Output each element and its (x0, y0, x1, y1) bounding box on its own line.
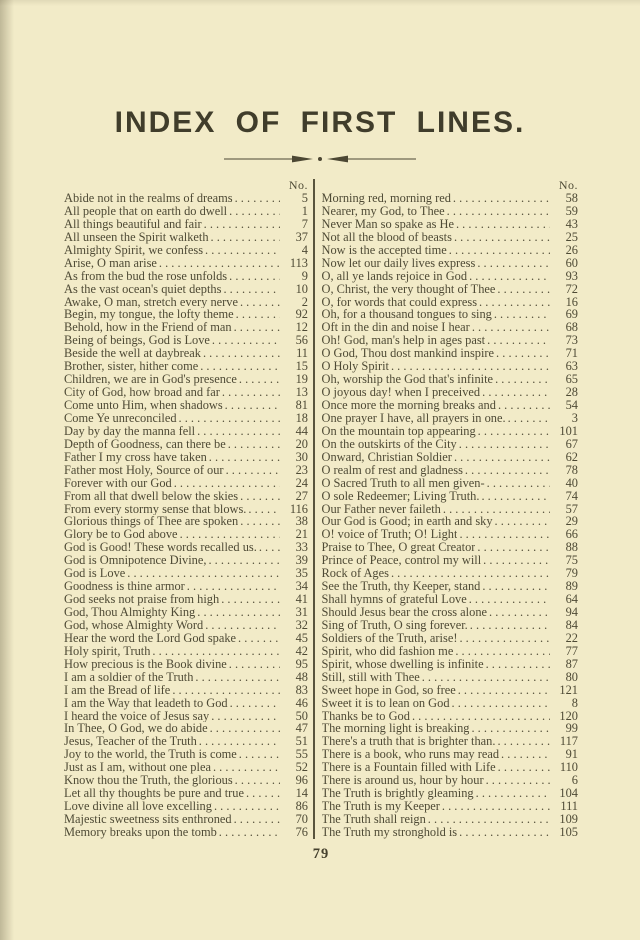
first-line-text: Beside the well at daybreak (64, 347, 201, 360)
index-entry: There's a truth that is brighter than.11… (322, 735, 579, 748)
hymn-number: 5 (282, 192, 308, 205)
first-line-text: Come unto Him, when shadows (64, 399, 223, 412)
number-column-header: No. (64, 179, 308, 192)
index-entry: Goodness is thine armor34 (64, 580, 308, 593)
first-line-text: Depth of Goodness, can there be (64, 438, 226, 451)
index-entry: See the Truth, thy Keeper, stand89 (322, 580, 579, 593)
index-entry: Oh, for a thousand tongues to sing69 (322, 308, 579, 321)
hymn-number: 60 (552, 257, 578, 270)
first-line-text: Glory be to God above (64, 528, 178, 541)
index-entry: Majestic sweetness sits enthroned70 (64, 813, 308, 826)
first-line-text: O! voice of Truth; O! Light (322, 528, 458, 541)
first-line-text: Spirit, who did fashion me (322, 645, 454, 658)
first-line-text: Praise to Thee, O great Creator (322, 541, 476, 554)
index-entry: Oft in the din and noise I hear68 (322, 321, 579, 334)
dot-leader (240, 515, 280, 528)
dot-leader (248, 503, 280, 516)
first-line-text: As the vast ocean's quiet depths (64, 283, 221, 296)
dot-leader (494, 308, 550, 321)
hymn-number: 1 (282, 205, 308, 218)
divider-ornament (0, 153, 640, 165)
hymn-number: 81 (282, 399, 308, 412)
dot-leader (228, 438, 280, 451)
hymn-number: 70 (282, 813, 308, 826)
first-line-text: Once more the morning breaks and (322, 399, 496, 412)
first-line-text: There is a Fountain filled with Life (322, 761, 496, 774)
hymn-number: 43 (552, 218, 578, 231)
first-line-text: There is a book, who runs may read (322, 748, 500, 761)
first-line-text: Children, we are in God's presence (64, 373, 237, 386)
hymn-number: 10 (282, 283, 308, 296)
dot-leader (179, 412, 280, 425)
dot-leader (159, 257, 280, 270)
index-entry: Not all the blood of beasts25 (322, 231, 579, 244)
hymn-number: 26 (552, 244, 578, 257)
first-line-text: On the mountain top appearing (322, 425, 476, 438)
first-line-text: Sweet it is to lean on God (322, 697, 450, 710)
dot-leader (454, 451, 550, 464)
dot-leader (452, 697, 550, 710)
hymn-number: 72 (552, 283, 578, 296)
index-entry: Children, we are in God's presence19 (64, 373, 308, 386)
dot-leader (212, 334, 280, 347)
first-line-text: One prayer I have, all prayers in one. (322, 412, 506, 425)
index-entry: Depth of Goodness, can there be20 (64, 438, 308, 451)
index-entry: On the outskirts of the City67 (322, 438, 579, 451)
hymn-number: 67 (552, 438, 578, 451)
dot-leader (205, 244, 280, 257)
first-line-text: God is Love (64, 567, 125, 580)
index-entry: There is a book, who runs may read91 (322, 748, 579, 761)
first-line-text: Awake, O man, stretch every nerve (64, 296, 238, 309)
index-entry: Sweet hope in God, so free121 (322, 684, 579, 697)
first-line-text: Memory breaks upon the tomb (64, 826, 217, 839)
hymn-number: 45 (282, 632, 308, 645)
first-line-text: Father I my cross have taken (64, 451, 207, 464)
dot-leader (459, 826, 550, 839)
hymn-number: 94 (552, 606, 578, 619)
index-entry: Beside the well at daybreak11 (64, 347, 308, 360)
first-line-text: Nearer, my God, to Thee (322, 205, 445, 218)
index-entry: Praise to Thee, O great Creator88 (322, 541, 579, 554)
hymn-number: 80 (552, 671, 578, 684)
index-entry: God is Love35 (64, 567, 308, 580)
dot-leader (180, 528, 280, 541)
first-line-text: All unseen the Spirit walketh (64, 231, 209, 244)
hymn-number: 40 (552, 477, 578, 490)
dot-leader (391, 567, 550, 580)
index-entry: Being of beings, God is Love56 (64, 334, 308, 347)
index-entry: O, for words that could express16 (322, 296, 579, 309)
index-entry: All things beautiful and fair7 (64, 218, 308, 231)
first-line-text: From every stormy sense that blows. (64, 503, 246, 516)
first-line-text: See the Truth, thy Keeper, stand (322, 580, 481, 593)
dot-leader (127, 567, 280, 580)
hymn-number: 7 (282, 218, 308, 231)
dot-leader (213, 761, 280, 774)
dot-leader (229, 270, 280, 283)
index-entry: O realm of rest and gladness78 (322, 464, 579, 477)
dot-leader (472, 321, 550, 334)
hymn-number: 27 (282, 490, 308, 503)
dot-leader (498, 399, 550, 412)
dot-leader (489, 606, 550, 619)
dot-leader (487, 477, 550, 490)
first-line-text: Soldiers of the Truth, arise! (322, 632, 458, 645)
first-line-text: O Sacred Truth to all men given- (322, 477, 485, 490)
dot-leader (208, 554, 280, 567)
hymn-number: 62 (552, 451, 578, 464)
dot-leader (422, 671, 550, 684)
first-line-text: Father most Holy, Source of our (64, 464, 224, 477)
index-entry: O God, Thou dost mankind inspire71 (322, 347, 579, 360)
dot-leader (239, 373, 280, 386)
number-column-header: No. (322, 179, 579, 192)
index-entry: Almighty Spirit, we confess4 (64, 244, 308, 257)
dot-leader (482, 386, 550, 399)
dot-leader (205, 619, 280, 632)
first-line-text: Forever with our God (64, 477, 172, 490)
first-line-text: Oft in the din and noise I hear (322, 321, 470, 334)
index-entry: Day by day the manna fell44 (64, 425, 308, 438)
page-gutter-shadow (0, 0, 14, 940)
index-entry: Should Jesus bear the cross alone94 (322, 606, 579, 619)
first-line-text: God, Thou Almighty King (64, 606, 195, 619)
dot-leader (200, 360, 280, 373)
first-line-text: God is Omnipotence Divine, (64, 554, 206, 567)
hymn-number: 95 (282, 658, 308, 671)
index-entry: One prayer I have, all prayers in one.3 (322, 412, 579, 425)
hymn-number: 77 (552, 645, 578, 658)
dot-leader (456, 218, 550, 231)
index-column-right: No. Morning red, morning red58Nearer, my… (322, 179, 579, 839)
dot-leader (214, 800, 280, 813)
dot-leader (476, 787, 550, 800)
index-entry: Hear the word the Lord God spake45 (64, 632, 308, 645)
index-entry: Memory breaks upon the tomb76 (64, 826, 308, 839)
dot-leader (210, 722, 280, 735)
index-entry: Joy to the world, the Truth is come55 (64, 748, 308, 761)
index-entry: I heard the voice of Jesus say50 (64, 710, 308, 723)
first-line-text: O, for words that could express (322, 296, 478, 309)
index-rows-left: Abide not in the realms of dreams5All pe… (64, 192, 308, 839)
index-entry: The Truth is brightly gleaming104 (322, 787, 579, 800)
dot-leader (152, 645, 280, 658)
first-line-text: Sweet hope in God, so free (322, 684, 456, 697)
dot-leader (477, 257, 550, 270)
hymn-number: 93 (552, 270, 578, 283)
divider-ornament-icon (222, 153, 418, 165)
first-line-text: The Truth is brightly gleaming (322, 787, 474, 800)
first-line-text: Arise, O man arise (64, 257, 157, 270)
dot-leader (469, 270, 550, 283)
dot-leader (498, 761, 550, 774)
index-entry: From all that dwell below the skies27 (64, 490, 308, 503)
first-line-text: Never Man so spake as He (322, 218, 454, 231)
dot-leader (442, 800, 550, 813)
first-line-text: From all that dwell below the skies (64, 490, 238, 503)
first-line-text: O joyous day! when I preceived (322, 386, 481, 399)
dot-leader (469, 593, 550, 606)
hymn-number: 42 (282, 645, 308, 658)
dot-leader (482, 580, 550, 593)
dot-leader (497, 735, 550, 748)
index-entry: Oh, worship the God that's infinite65 (322, 373, 579, 386)
first-line-text: Morning red, morning red (322, 192, 451, 205)
index-entry: Holy spirit, Truth42 (64, 645, 308, 658)
first-line-text: All things beautiful and fair (64, 218, 202, 231)
first-line-text: I am the Way that leadeth to God (64, 697, 228, 710)
first-line-text: O, Christ, the very thought of Thee (322, 283, 496, 296)
hymn-number: 8 (552, 697, 578, 710)
dot-leader (495, 373, 550, 386)
first-line-text: Still, still with Thee (322, 671, 420, 684)
hymn-number: 9 (282, 270, 308, 283)
dot-leader (236, 308, 280, 321)
hymn-number: 109 (552, 813, 578, 826)
index-entry: In Thee, O God, we do abide47 (64, 722, 308, 735)
first-line-text: As from the bud the rose unfolds (64, 270, 227, 283)
dot-leader (443, 503, 550, 516)
hymn-number: 44 (282, 425, 308, 438)
first-line-text: Oh, worship the God that's infinite (322, 373, 494, 386)
dot-leader (204, 218, 280, 231)
hymn-number: 76 (282, 826, 308, 839)
index-entry: O joyous day! when I preceived28 (322, 386, 579, 399)
hymn-number: 87 (552, 658, 578, 671)
first-line-text: Now let our daily lives express (322, 257, 476, 270)
hymn-number: 37 (282, 231, 308, 244)
first-line-text: Now is the accepted time (322, 244, 447, 257)
first-line-text: O realm of rest and gladness (322, 464, 463, 477)
dot-leader (211, 231, 280, 244)
dot-leader (470, 619, 550, 632)
index-entry: I am the Way that leadeth to God46 (64, 697, 308, 710)
index-entry: O! voice of Truth; O! Light66 (322, 528, 579, 541)
index-entry: God, whose Almighty Word32 (64, 619, 308, 632)
first-line-text: Onward, Christian Soldier (322, 451, 452, 464)
first-line-text: Day by day the manna fell (64, 425, 195, 438)
index-entry: Sing of Truth, O sing forever.84 (322, 619, 579, 632)
hymn-number: 59 (552, 205, 578, 218)
hymn-number: 32 (282, 619, 308, 632)
dot-leader (479, 296, 550, 309)
index-entry: Soldiers of the Truth, arise!22 (322, 632, 579, 645)
index-entry: Glorious things of Thee are spoken38 (64, 515, 308, 528)
index-entry: Once more the morning breaks and54 (322, 399, 579, 412)
first-line-text: On the outskirts of the City (322, 438, 457, 451)
first-line-text: Our Father never faileth (322, 503, 441, 516)
first-line-text: Rock of Ages (322, 567, 389, 580)
dot-leader (195, 671, 280, 684)
first-line-text: Thanks be to God (322, 710, 410, 723)
hymn-number: 58 (552, 192, 578, 205)
first-line-text: Majestic sweetness sits enthroned (64, 813, 232, 826)
first-line-text: How precious is the Book divine (64, 658, 227, 671)
dot-leader (454, 231, 550, 244)
dot-leader (239, 748, 280, 761)
dot-leader (187, 580, 280, 593)
first-line-text: Joy to the world, the Truth is come (64, 748, 237, 761)
first-line-text: Not all the blood of beasts (322, 231, 452, 244)
first-line-text: Know thou the Truth, the glorious (64, 774, 233, 787)
index-entry: Morning red, morning red58 (322, 192, 579, 205)
hymn-number: 25 (552, 231, 578, 244)
dot-leader (238, 632, 280, 645)
dot-leader (508, 412, 550, 425)
index-entry: Arise, O man arise113 (64, 257, 308, 270)
index-column-left: No. Abide not in the realms of dreams5Al… (64, 179, 308, 839)
index-entry: O, Christ, the very thought of Thee72 (322, 283, 579, 296)
dot-leader (495, 515, 550, 528)
hymn-number: 4 (282, 244, 308, 257)
first-line-text: Brother, sister, hither come (64, 360, 198, 373)
index-entry: Our God is Good; in earth and sky29 (322, 515, 579, 528)
index-entry: Spirit, whose dwelling is infinite87 (322, 658, 579, 671)
first-line-text: Sing of Truth, O sing forever. (322, 619, 468, 632)
hymn-number: 105 (552, 826, 578, 839)
dot-leader (197, 606, 280, 619)
hymn-number: 23 (282, 464, 308, 477)
first-line-text: Glorious things of Thee are spoken (64, 515, 238, 528)
hymn-number: 3 (552, 412, 578, 425)
index-entry: O Sacred Truth to all men given-40 (322, 477, 579, 490)
index-entry: God is Omnipotence Divine,39 (64, 554, 308, 567)
dot-leader (471, 722, 550, 735)
dot-leader (459, 528, 550, 541)
dot-leader (211, 710, 280, 723)
first-line-text: Come Ye unreconciled (64, 412, 177, 425)
dot-leader (172, 684, 280, 697)
index-entry: O sole Redeemer; Living Truth.74 (322, 490, 579, 503)
index-entry: The Truth shall reign109 (322, 813, 579, 826)
dot-leader (486, 658, 550, 671)
index-entry: O, all ye lands rejoice in God93 (322, 270, 579, 283)
dot-leader (222, 386, 280, 399)
index-entry: Thanks be to God120 (322, 710, 579, 723)
index-entry: Father I my cross have taken30 (64, 451, 308, 464)
first-line-text: Let all thy thoughts be pure and true (64, 787, 244, 800)
page-edge-shadow (0, 0, 640, 6)
dot-leader (487, 334, 550, 347)
page-title: INDEX OF FIRST LINES. (0, 106, 640, 140)
index-entry: Never Man so spake as He43 (322, 218, 579, 231)
first-line-text: I am the Bread of life (64, 684, 170, 697)
first-line-text: Hear the word the Lord God spake (64, 632, 236, 645)
dot-leader (219, 826, 280, 839)
first-line-text: There is around us, hour by hour (322, 774, 484, 787)
index-entry: City of God, how broad and far13 (64, 386, 308, 399)
first-line-text: Shall hymns of grateful Love (322, 593, 467, 606)
first-line-text: Just as I am, without one plea (64, 761, 211, 774)
index-entry: I am a soldier of the Truth48 (64, 671, 308, 684)
index-entry: Glory be to God above21 (64, 528, 308, 541)
index-entry: From every stormy sense that blows.116 (64, 503, 308, 516)
dot-leader (199, 735, 280, 748)
dot-leader (449, 244, 550, 257)
dot-leader (235, 192, 280, 205)
hymn-number: 48 (282, 671, 308, 684)
index-entry: God is Good! These words recalled us.33 (64, 541, 308, 554)
first-line-text: O God, Thou dost mankind inspire (322, 347, 495, 360)
dot-leader (455, 645, 550, 658)
first-line-text: O sole Redeemer; Living Truth. (322, 490, 480, 503)
dot-leader (174, 477, 280, 490)
first-line-text: Prince of Peace, control my will (322, 554, 482, 567)
dot-leader (246, 787, 280, 800)
index-entry: Shall hymns of grateful Love64 (322, 593, 579, 606)
index-entry: Know thou the Truth, the glorious96 (64, 774, 308, 787)
hymn-number: 121 (552, 684, 578, 697)
index-entry: There is around us, hour by hour6 (322, 774, 579, 787)
index-entry: The morning light is breaking99 (322, 722, 579, 735)
first-line-text: I am a soldier of the Truth (64, 671, 193, 684)
first-line-text: Jesus, Teacher of the Truth (64, 735, 197, 748)
index-entry: Love divine all love excelling86 (64, 800, 308, 813)
dot-leader (458, 684, 550, 697)
index-rows-right: Morning red, morning red58Nearer, my God… (322, 192, 579, 839)
first-line-text: I heard the voice of Jesus say (64, 710, 209, 723)
index-entry: Prince of Peace, control my will75 (322, 554, 579, 567)
index-entry: Spirit, who did fashion me77 (322, 645, 579, 658)
column-divider-rule (313, 179, 315, 839)
index-entry: God, Thou Almighty King31 (64, 606, 308, 619)
first-line-text: Oh! God, man's help in ages past (322, 334, 486, 347)
first-line-text: Spirit, whose dwelling is infinite (322, 658, 484, 671)
hymn-number: 20 (282, 438, 308, 451)
dot-leader (209, 451, 280, 464)
first-line-text: Begin, my tongue, the lofty theme (64, 308, 234, 321)
index-entry: Our Father never faileth57 (322, 503, 579, 516)
dot-leader (234, 813, 280, 826)
index-entry: On the mountain top appearing101 (322, 425, 579, 438)
hymn-number: 113 (282, 257, 308, 270)
index-entry: How precious is the Book divine95 (64, 658, 308, 671)
index-entry: Awake, O man, stretch every nerve2 (64, 296, 308, 309)
first-line-text: All people that on earth do dwell (64, 205, 227, 218)
index-entry: Sweet it is to lean on God8 (322, 697, 579, 710)
index-entry: Oh! God, man's help in ages past73 (322, 334, 579, 347)
index-entry: Abide not in the realms of dreams5 (64, 192, 308, 205)
index-entry: There is a Fountain filled with Life110 (322, 761, 579, 774)
hymn-number: 83 (282, 684, 308, 697)
first-line-text: The Truth shall reign (322, 813, 426, 826)
hymn-number: 84 (552, 619, 578, 632)
dot-leader (501, 748, 550, 761)
hymn-number: 30 (282, 451, 308, 464)
hymn-number: 78 (552, 464, 578, 477)
index-entry: Come unto Him, when shadows81 (64, 399, 308, 412)
dot-leader (478, 425, 550, 438)
index-entry: Let all thy thoughts be pure and true14 (64, 787, 308, 800)
index-entry: Just as I am, without one plea52 (64, 761, 308, 774)
index-entry: Brother, sister, hither come15 (64, 360, 308, 373)
index-entry: Nearer, my God, to Thee59 (322, 205, 579, 218)
index-entry: Begin, my tongue, the lofty theme92 (64, 308, 308, 321)
index-entry: Now let our daily lives express60 (322, 257, 579, 270)
index-entry: Come Ye unreconciled18 (64, 412, 308, 425)
dot-leader (453, 192, 550, 205)
dot-leader (229, 658, 280, 671)
index-entry: I am the Bread of life83 (64, 684, 308, 697)
dot-leader (465, 464, 550, 477)
index-entry: All unseen the Spirit walketh37 (64, 231, 308, 244)
hymn-number: 18 (282, 412, 308, 425)
dot-leader (240, 490, 280, 503)
index-entry: As from the bud the rose unfolds9 (64, 270, 308, 283)
index-entry: The Truth is my Keeper111 (322, 800, 579, 813)
first-line-text: Almighty Spirit, we confess (64, 244, 203, 257)
